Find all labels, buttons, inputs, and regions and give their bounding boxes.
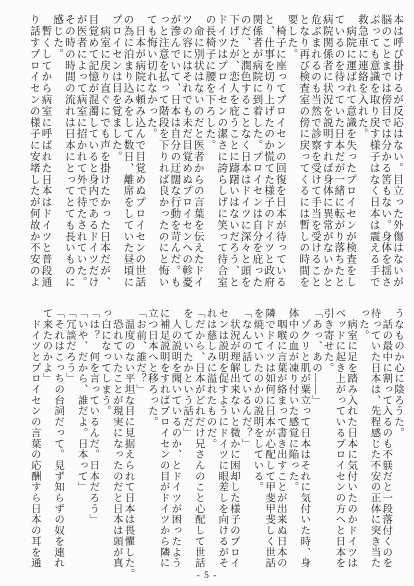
- text-column: 病室に足を踏み入れた日本に気付いたのかドイツは: [346, 308, 358, 571]
- text-column: り話すプロイセンの様子に安堵したが何故か不安のよ: [30, 14, 42, 291]
- text-column: 「いや、だから、誰だよ。日本って」: [77, 308, 89, 571]
- text-column: に補足説明をすればプロイセンの目がドイツから隣に: [159, 308, 171, 571]
- page-number: - 5 -: [0, 571, 414, 581]
- text-block-bottom: うなものか心に陰ろうた。 話の最中に割って入るのも不躾だと一段落付くのを待ってい…: [27, 308, 405, 571]
- text-column: っと注意を払って階段を下りれば良かったのにと悔い: [159, 14, 171, 291]
- text-column: のだ、と潤色することなく日本はドイツに深々と頭を: [241, 14, 253, 291]
- text-column: 恐れていたことが現実になったのだと日本は頭が真: [112, 308, 124, 571]
- text-column: 病院関係者に状況を説明すれば身体に異常がないかと: [323, 14, 335, 291]
- text-column: 待っていた日本は、先程感じた不安の正体に突き当た: [370, 308, 382, 571]
- text-column: 本は呼び掛けるが反応はない。目立った外傷はないが: [393, 14, 405, 291]
- text-block-top: 本は呼び掛けるが反応はない。目立った外傷はないが脳のことまでは傍目では分かる筈も…: [27, 14, 405, 291]
- text-column: 「なんの話しているんだ？」: [241, 308, 253, 571]
- document-page: 本は呼び掛けるが反応はない。目立った外傷はないが脳のことまでは傍目では分かる筈も…: [0, 0, 414, 586]
- text-column: ぶっても意識を取り戻す様子はなく日本は震える手で: [370, 14, 382, 291]
- text-column: ドイツとプロイセンの言葉の応酬すら日本の耳を通: [30, 308, 42, 571]
- text-column: が医者によって病室に招かれて外で待たされていた。: [77, 14, 89, 291]
- text-column: うなものか心に陰ろうた。: [393, 308, 405, 571]
